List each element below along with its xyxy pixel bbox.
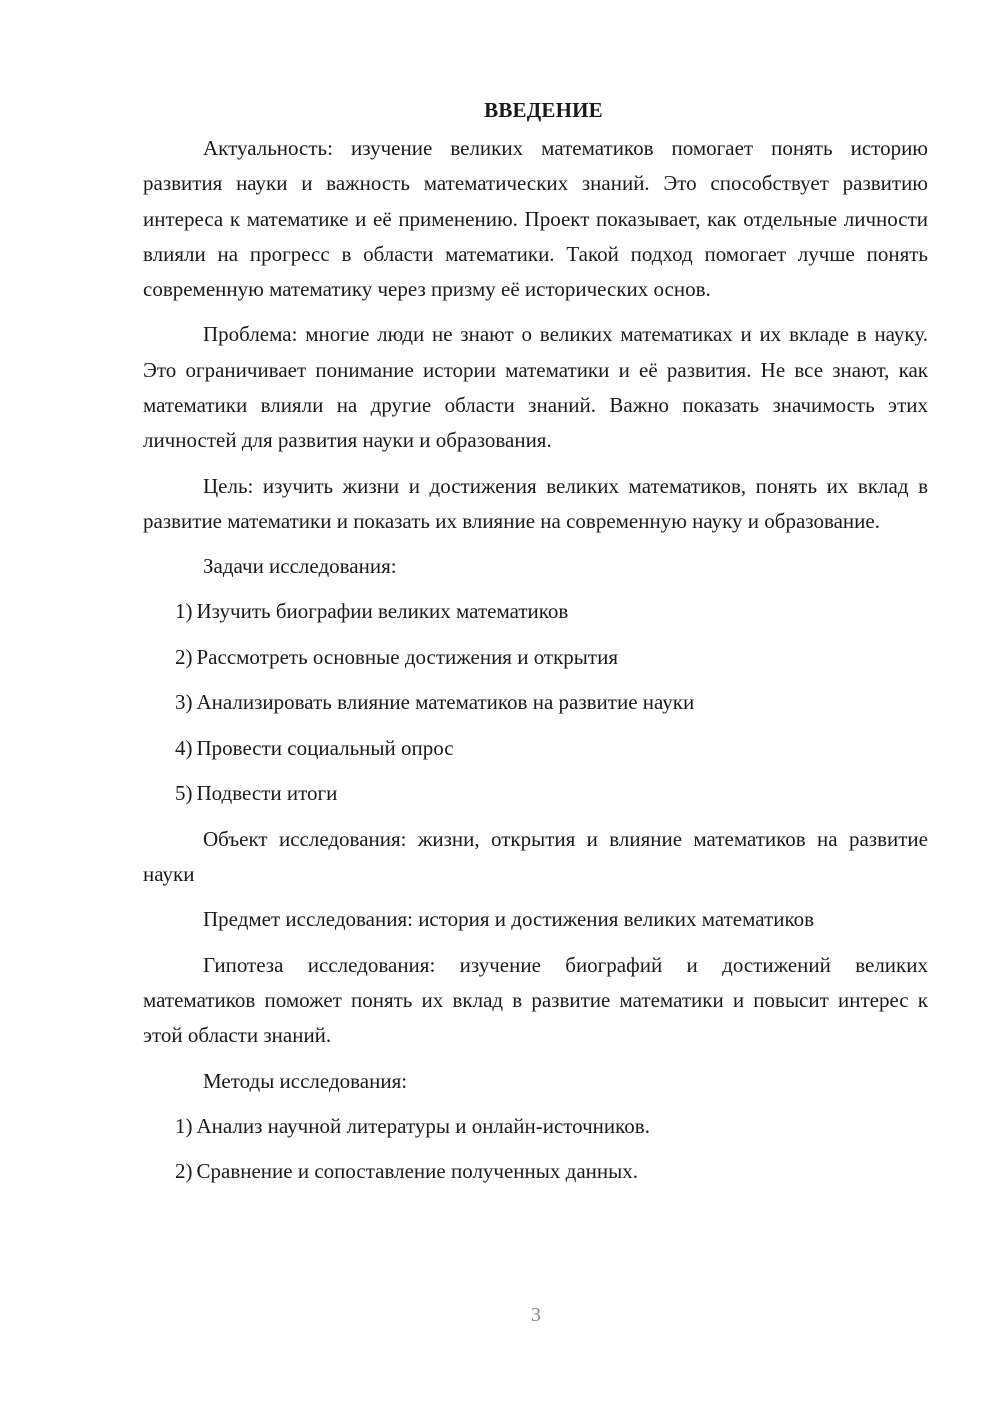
list-item: 2)Сравнение и сопоставление полученных д… <box>175 1154 928 1189</box>
list-item: 1)Анализ научной литературы и онлайн-ист… <box>175 1109 928 1144</box>
paragraph-relevance: Актуальность: изучение великих математик… <box>143 131 928 307</box>
list-item: 1)Изучить биографии великих математиков <box>175 594 928 629</box>
methods-list: 1)Анализ научной литературы и онлайн-ист… <box>143 1109 928 1189</box>
list-item: 3)Анализировать влияние математиков на р… <box>175 685 928 720</box>
list-item-number: 1) <box>175 599 193 623</box>
list-item-text: Анализировать влияние математиков на раз… <box>197 690 695 714</box>
list-item-text: Провести социальный опрос <box>197 736 454 760</box>
list-item-text: Сравнение и сопоставление полученных дан… <box>197 1159 638 1183</box>
section-heading: ВВЕДЕНИЕ <box>151 93 936 127</box>
list-item-number: 2) <box>175 645 193 669</box>
list-item: 4)Провести социальный опрос <box>175 731 928 766</box>
list-item-number: 2) <box>175 1159 193 1183</box>
list-item: 5)Подвести итоги <box>175 776 928 811</box>
list-item-text: Изучить биографии великих математиков <box>197 599 569 623</box>
list-item: 2)Рассмотреть основные достижения и откр… <box>175 640 928 675</box>
paragraph-goal: Цель: изучить жизни и достижения великих… <box>143 469 928 540</box>
paragraph-object: Объект исследования: жизни, открытия и в… <box>143 822 928 893</box>
paragraph-problem: Проблема: многие люди не знают о великих… <box>143 317 928 458</box>
list-item-number: 4) <box>175 736 193 760</box>
document-page: ВВЕДЕНИЕ Актуальность: изучение великих … <box>143 93 928 1199</box>
page-number: 3 <box>0 1304 1000 1327</box>
tasks-title: Задачи исследования: <box>203 549 928 584</box>
tasks-list: 1)Изучить биографии великих математиков … <box>143 594 928 811</box>
list-item-number: 5) <box>175 781 193 805</box>
paragraph-subject: Предмет исследования: история и достижен… <box>143 902 928 937</box>
list-item-number: 3) <box>175 690 193 714</box>
list-item-number: 1) <box>175 1114 193 1138</box>
paragraph-hypothesis: Гипотеза исследования: изучение биографи… <box>143 948 928 1054</box>
list-item-text: Анализ научной литературы и онлайн-источ… <box>197 1114 650 1138</box>
list-item-text: Рассмотреть основные достижения и открыт… <box>197 645 619 669</box>
methods-title: Методы исследования: <box>203 1064 928 1099</box>
list-item-text: Подвести итоги <box>197 781 338 805</box>
